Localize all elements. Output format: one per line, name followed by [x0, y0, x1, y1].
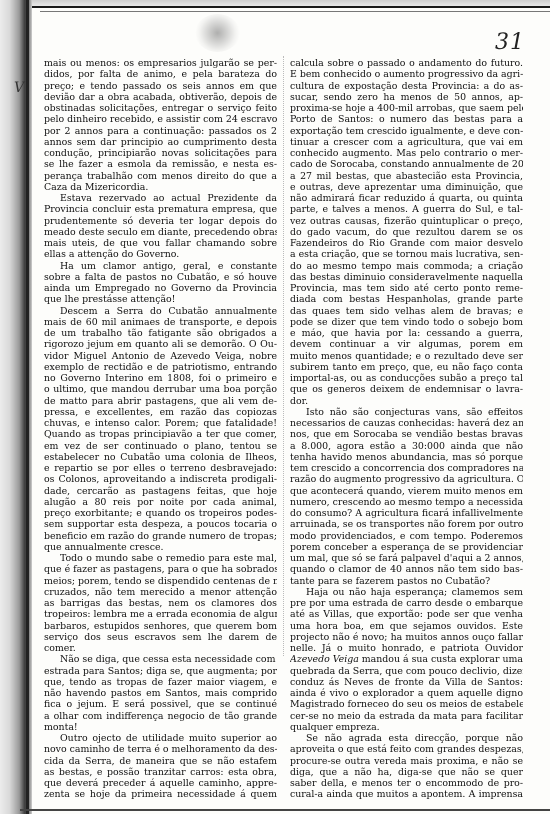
text-line: a 8.000, agora estão a 30:000 ainda que …	[290, 441, 523, 452]
text-line: um mal, que só se fará palpavel d'aqui a…	[290, 553, 523, 564]
text-line: meado deste seculo em diante, precedendo…	[44, 227, 277, 238]
text-line: dade, cercarão as pastagens feitas, que …	[44, 486, 277, 497]
text-line: pelo dinheiro recebido, e assistir com 2…	[44, 114, 277, 125]
text-line: rigorozo jejum em quanto ali se demorão.…	[44, 339, 277, 350]
text-line: preço; e tendo passado os seis annos em …	[44, 81, 277, 92]
text-line: condução, principiarão novas solicitaçõe…	[44, 148, 277, 159]
text-line: barbaros, estupidos senhores, que querem…	[44, 621, 277, 632]
text-line: as bestas, e possão tranzitar carros: es…	[44, 767, 277, 778]
text-line: que lhe prestásse attenção!	[44, 294, 277, 305]
text-line: aproveita o que está feito com grandes d…	[290, 744, 523, 755]
text-line: que acontecerá quando, vierem muito meno…	[290, 486, 523, 497]
bottom-rule	[20, 809, 550, 811]
text-line: perança trabalhão com menos direito do q…	[44, 171, 277, 182]
text-line: mais uteis, de que vou fallar chamando s…	[44, 238, 277, 249]
text-line: Caza da Mizericordia.	[44, 182, 277, 193]
text-line: Haja ou não haja esperança; clamemos sem	[290, 587, 523, 598]
text-line: conhecido augmento. Mas pelo contrario o…	[290, 148, 523, 159]
text-line: que deverá preceder á aquelle caminho, a…	[44, 778, 277, 789]
text-line: comer.	[44, 643, 277, 654]
text-line: Se não agrada esta direcção, porque não	[290, 733, 523, 744]
text-line: exportação tem crescido igualmente, e de…	[290, 126, 523, 137]
text-line: ainda é vivo o explorador a quem aquelle…	[290, 688, 523, 699]
text-line: procure-se outra vereda mais proxima, e …	[290, 756, 523, 767]
text-line: numero, crescendo ao mesmo tempo a neces…	[290, 497, 523, 508]
text-line: uma hora boa, em que sejamos ouvidos. Es…	[290, 621, 523, 632]
text-line: subirem tanto em preço, que, eu não faço…	[290, 362, 523, 373]
text-line: que é fazer as pastagens, para o que ha …	[44, 564, 277, 575]
text-line: cruzados, não tem merecido a menor atten…	[44, 587, 277, 598]
text-line: devião dar a obra acabada, obtiverão, de…	[44, 92, 277, 103]
text-line: Isto não são conjecturas vans, são effei…	[290, 407, 523, 418]
text-line: razão do augmento progressivo da agricul…	[290, 474, 523, 485]
text-line: chuvas, e intenso calor. Porem; que fata…	[44, 418, 277, 429]
text-line: que os generos deixem de endemnisar o la…	[290, 384, 523, 395]
top-rule	[12, 6, 550, 8]
text-line: que, tendo as tropas de fazer maior viag…	[44, 677, 277, 688]
text-line: pre por uma estrada de carro desde o emb…	[290, 598, 523, 609]
text-line: em vez de ser continuado o plano, tentou…	[44, 441, 277, 452]
text-line: tenha havido menos abundancia, mas só po…	[290, 452, 523, 463]
text-line: vidor Miguel Antonio de Azevedo Veiga, n…	[44, 351, 277, 362]
text-line: e máo, que havia por la: cessando a guer…	[290, 328, 523, 339]
text-line: qualquer empreza.	[290, 722, 523, 733]
text-line: preço exorbitante; e quando os tropeiros…	[44, 508, 277, 519]
right-column: calcula sobre o passado o andamento do f…	[290, 58, 523, 801]
text-line: de matto para abrir pastagens, que ali v…	[44, 396, 277, 407]
text-line: estabelecer no Cubatão uma colonia de Il…	[44, 452, 277, 463]
text-line: alugão a 80 reis por noite por cada anim…	[44, 497, 277, 508]
scanned-page: V 31 mais ou menos: os empresarios julga…	[0, 0, 550, 814]
text-line: a esta criação, que se tornou mais lucra…	[290, 249, 523, 260]
text-line: ainda um Empregado no Governo da Provinc…	[44, 283, 277, 294]
text-line: do consumo? A agricultura ficará infalli…	[290, 508, 523, 519]
text-line: sem supportar esta despeza, a poucos toc…	[44, 519, 277, 530]
text-line: serviço dos seus escravos sem lhe darem …	[44, 632, 277, 643]
text-line: cida da Serra, de maneira que se não est…	[44, 756, 277, 767]
text-line: o ultimo, que mandou derrubar uma boa po…	[44, 384, 277, 395]
text-line: Provincia, mas tem sido até certo ponto …	[290, 283, 523, 294]
text-line: ellas a attenção do Governo.	[44, 249, 277, 260]
text-line: vez outras causas, fizerão quintuplicar …	[290, 216, 523, 227]
text-line: Porto de Santos: o numero das bestas par…	[290, 114, 523, 125]
text-line: do ao mesmo tempo mais commoda; a criaçã…	[290, 261, 523, 272]
text-line: do gado vacum, do que rezultou darem se …	[290, 227, 523, 238]
text-line: cer-se no meio da estrada da mata para f…	[290, 711, 523, 722]
text-line: porem conceber a esperança de se provide…	[290, 542, 523, 553]
text-line: nelle. Já o muito honrado, e patriota Ou…	[290, 643, 523, 654]
text-line: pressa, e excellentes, em razão das copi…	[44, 407, 277, 418]
text-line: prudentemente só deveria ter logar depoi…	[44, 216, 277, 227]
text-line: conduz ás Neves de fronte da Villa de Sa…	[290, 677, 523, 688]
text-line: arruinada, se os transportes não forem p…	[290, 519, 523, 530]
text-line: Todo o mundo sabe o remedio para este ma…	[44, 553, 277, 564]
text-line: Estava rezervado ao actual Prezidente da	[44, 193, 277, 204]
text-line: projecto não é novo; ha muitos annos ouç…	[290, 632, 523, 643]
text-line: beneficio em razão do grande numero de t…	[44, 531, 277, 542]
text-line: cultura de expostação desta Provincia: a…	[290, 81, 523, 92]
text-line: modo providenciados, e com tempo. Podere…	[290, 531, 523, 542]
text-line: quebrada da Serra, que com pouco declivi…	[290, 666, 523, 677]
text-line: diga, que a não ha, diga-se que não se q…	[290, 767, 523, 778]
text-line: zenta se hoje da primeira necessidade á …	[44, 789, 277, 800]
top-rule-thin	[40, 11, 550, 12]
text-line: quando o clamor de 40 annos não tem sido…	[290, 564, 523, 575]
text-line: não havendo pastos em Santos, mais compr…	[44, 688, 277, 699]
ink-smudge	[195, 14, 240, 52]
text-line: sucar, sendo zero ha menos de 50 annos, …	[290, 92, 523, 103]
page-number: 31	[495, 30, 525, 55]
text-line: sobre a falta de pastos no Cubatão, e só…	[44, 272, 277, 283]
text-line: de um trabalho tão fatigante são obrigad…	[44, 328, 277, 339]
text-line: e repartio se por elles o terreno desbra…	[44, 463, 277, 474]
text-line: Outro ojecto de utilidade muito superior…	[44, 733, 277, 744]
column-divider	[283, 56, 285, 656]
text-line: tinuar a crescer com a agricultura, que …	[290, 137, 523, 148]
text-line: parte, e talves a menos. A guerra do Sul…	[290, 204, 523, 215]
text-line: não admirará ficar reduzido á quarta, ou…	[290, 193, 523, 204]
binding-gutter-line	[26, 0, 29, 814]
text-line: tem crescido a concorrencia dos comprado…	[290, 463, 523, 474]
text-line: saber della, e menos ter o encommodo de …	[290, 778, 523, 789]
text-line: Ha um clamor antigo, geral, e constante	[44, 261, 277, 272]
text-line: calcula sobre o passado o andamento do f…	[290, 58, 523, 69]
text-line: que annualmente cresce.	[44, 542, 277, 553]
text-line: a olhar com indifferença negocio de tão …	[44, 711, 277, 722]
text-line: das bestas diminuio consideravelmente na…	[290, 272, 523, 283]
text-line: E bem conhecido o aumento progressivo da…	[290, 69, 523, 80]
text-line: Não se diga, que cessa esta necessidade …	[44, 654, 277, 665]
text-line: meios; porem, tendo se dispendido centen…	[44, 576, 277, 587]
left-column: mais ou menos: os empresarios julgarão s…	[44, 58, 277, 801]
text-line: das quaes tem sido velhas alem de bravas…	[290, 306, 523, 317]
text-line: os Colonos, aproveitando a indiscreta pr…	[44, 474, 277, 485]
text-line: Descem a Serra do Cubatão annualmente	[44, 306, 277, 317]
text-line: fica o jejum. E será possivel, que se co…	[44, 699, 277, 710]
text-line: tropeiros: lembra me a errada economia d…	[44, 609, 277, 620]
text-line: tante para se fazerem pastos no Cubatão?	[290, 576, 523, 587]
text-line: Quando as tropas principiavão a ter que …	[44, 429, 277, 440]
text-line: necessarios de cauzas conhecidas: haverá…	[290, 418, 523, 429]
text-line: monta!	[44, 722, 277, 733]
text-line: mais de 60 mil animaes de transporte, e …	[44, 317, 277, 328]
text-line: até as Villas, que exportão: pode ser qu…	[290, 609, 523, 620]
text-line: a 27 mil bestas, que abastecião esta Pro…	[290, 171, 523, 182]
text-line: estrada para Santos; diga se, que augmen…	[44, 666, 277, 677]
text-line: dor.	[290, 396, 523, 407]
text-line: mais ou menos: os empresarios julgarão s…	[44, 58, 277, 69]
text-line: annos sem dar principio ao cumprimento d…	[44, 137, 277, 148]
text-line: muito menos quantidade; e o rezultado de…	[290, 351, 523, 362]
text-line: pode se dizer que tem vindo todo o sobej…	[290, 317, 523, 328]
text-line: as barrigas das bestas, nem os clamores …	[44, 598, 277, 609]
text-line: diada com bestas Hespanholas, grande par…	[290, 294, 523, 305]
margin-note: V	[14, 80, 24, 96]
text-line: importal-as, ou as conducções subão a pr…	[290, 373, 523, 384]
text-line: novo caminho de terra é o melhoramento d…	[44, 744, 277, 755]
text-line: Azevedo Veiga mandou á sua custa explora…	[290, 654, 523, 665]
text-line: proxima-se hoje a 400-mil arrobas, que s…	[290, 103, 523, 114]
text-line: cural-a ainda que muitos a apontem. A im…	[290, 789, 523, 800]
text-line: obstinadas solicitações, entregar o serv…	[44, 103, 277, 114]
text-line: nos, que em Sorocaba se vendião bestas b…	[290, 429, 523, 440]
italic-name: Azevedo Veiga	[290, 654, 359, 665]
text-line: didos, por falta de animo, e pela barate…	[44, 69, 277, 80]
text-line: no Governo Interino em 1808, foi o prime…	[44, 373, 277, 384]
text-line: se lhe fazer a esmola da remissão, e nes…	[44, 159, 277, 170]
text-line: por 2 annos para a continuação: passados…	[44, 126, 277, 137]
text-line: devem continuar a vir algumas, porem em	[290, 339, 523, 350]
text-line: Magistrado forneceo do seu os meios de e…	[290, 699, 523, 710]
text-line: Fazendeiros do Rio Grande com maior desv…	[290, 238, 523, 249]
text-line: exemplo de rectidão e de patriotismo, en…	[44, 362, 277, 373]
text-line: cado de Sorocaba, constando annualmente …	[290, 159, 523, 170]
text-line: e outras, deve aprezentar uma diminuição…	[290, 182, 523, 193]
text-line: Provincia concluir esta prematura empres…	[44, 204, 277, 215]
